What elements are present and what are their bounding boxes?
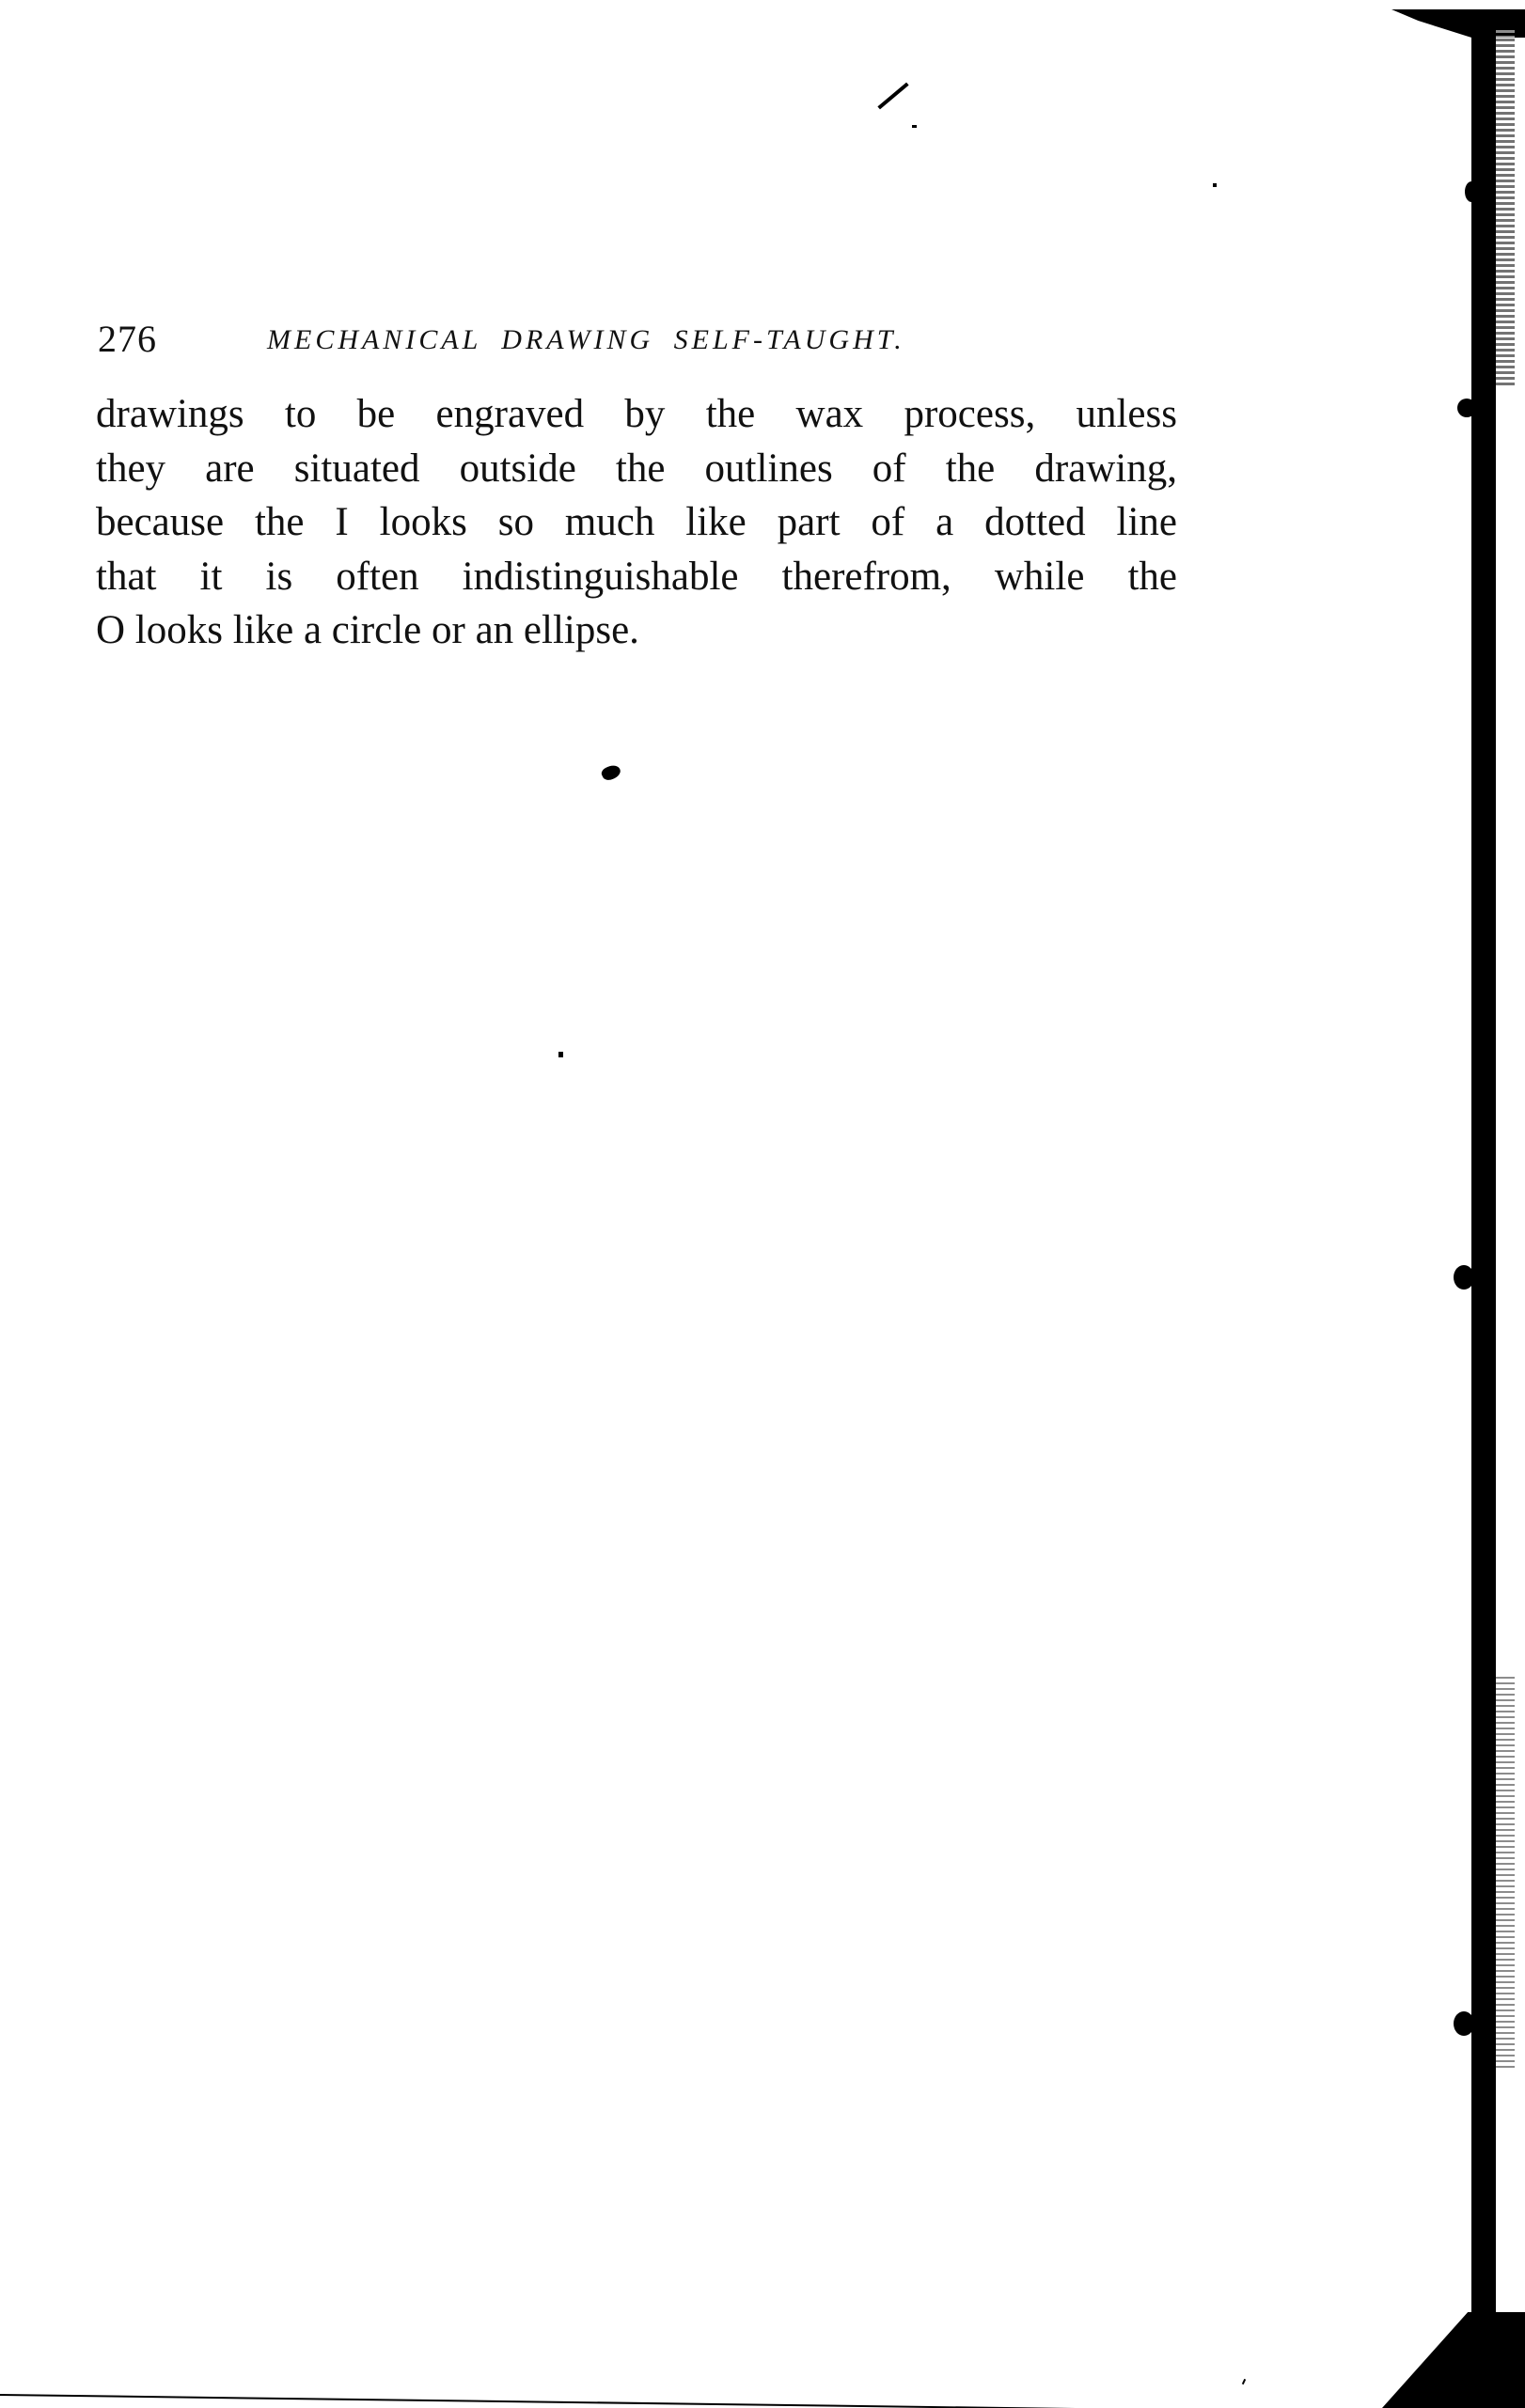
ink-dot-top [912, 125, 917, 128]
binding-bump [1454, 1265, 1474, 1290]
binding-texture [1496, 28, 1515, 385]
binding-edge-bottom [1382, 2312, 1525, 2408]
binding-bump [1465, 181, 1478, 202]
page-number: 276 [98, 316, 157, 363]
body-line: O looks like a circle or an ellipse. [96, 603, 1177, 658]
ink-dot-center [558, 1052, 563, 1057]
binding-texture [1496, 1673, 1515, 2068]
running-title: MECHANICAL DRAWING SELF-TAUGHT. [267, 320, 905, 361]
body-line: drawings to be engraved by the wax proce… [96, 387, 1177, 442]
page-header: 276 MECHANICAL DRAWING SELF-TAUGHT. [98, 316, 1188, 363]
ink-mark-top [877, 83, 908, 110]
binding-bump [1457, 399, 1476, 417]
ink-dot-right [1213, 183, 1217, 187]
ink-mark-bottom [1242, 2379, 1246, 2385]
body-paragraph: drawings to be engraved by the wax proce… [96, 387, 1177, 658]
body-line: that it is often indistinguishable there… [96, 550, 1177, 604]
body-line: they are situated outside the outlines o… [96, 442, 1177, 496]
binding-bump [1454, 2011, 1474, 2036]
ink-blot-center [600, 762, 622, 782]
page-bottom-edge [0, 2394, 1391, 2408]
body-line: because the I looks so much like part of… [96, 495, 1177, 550]
binding-edge [1471, 38, 1496, 2408]
